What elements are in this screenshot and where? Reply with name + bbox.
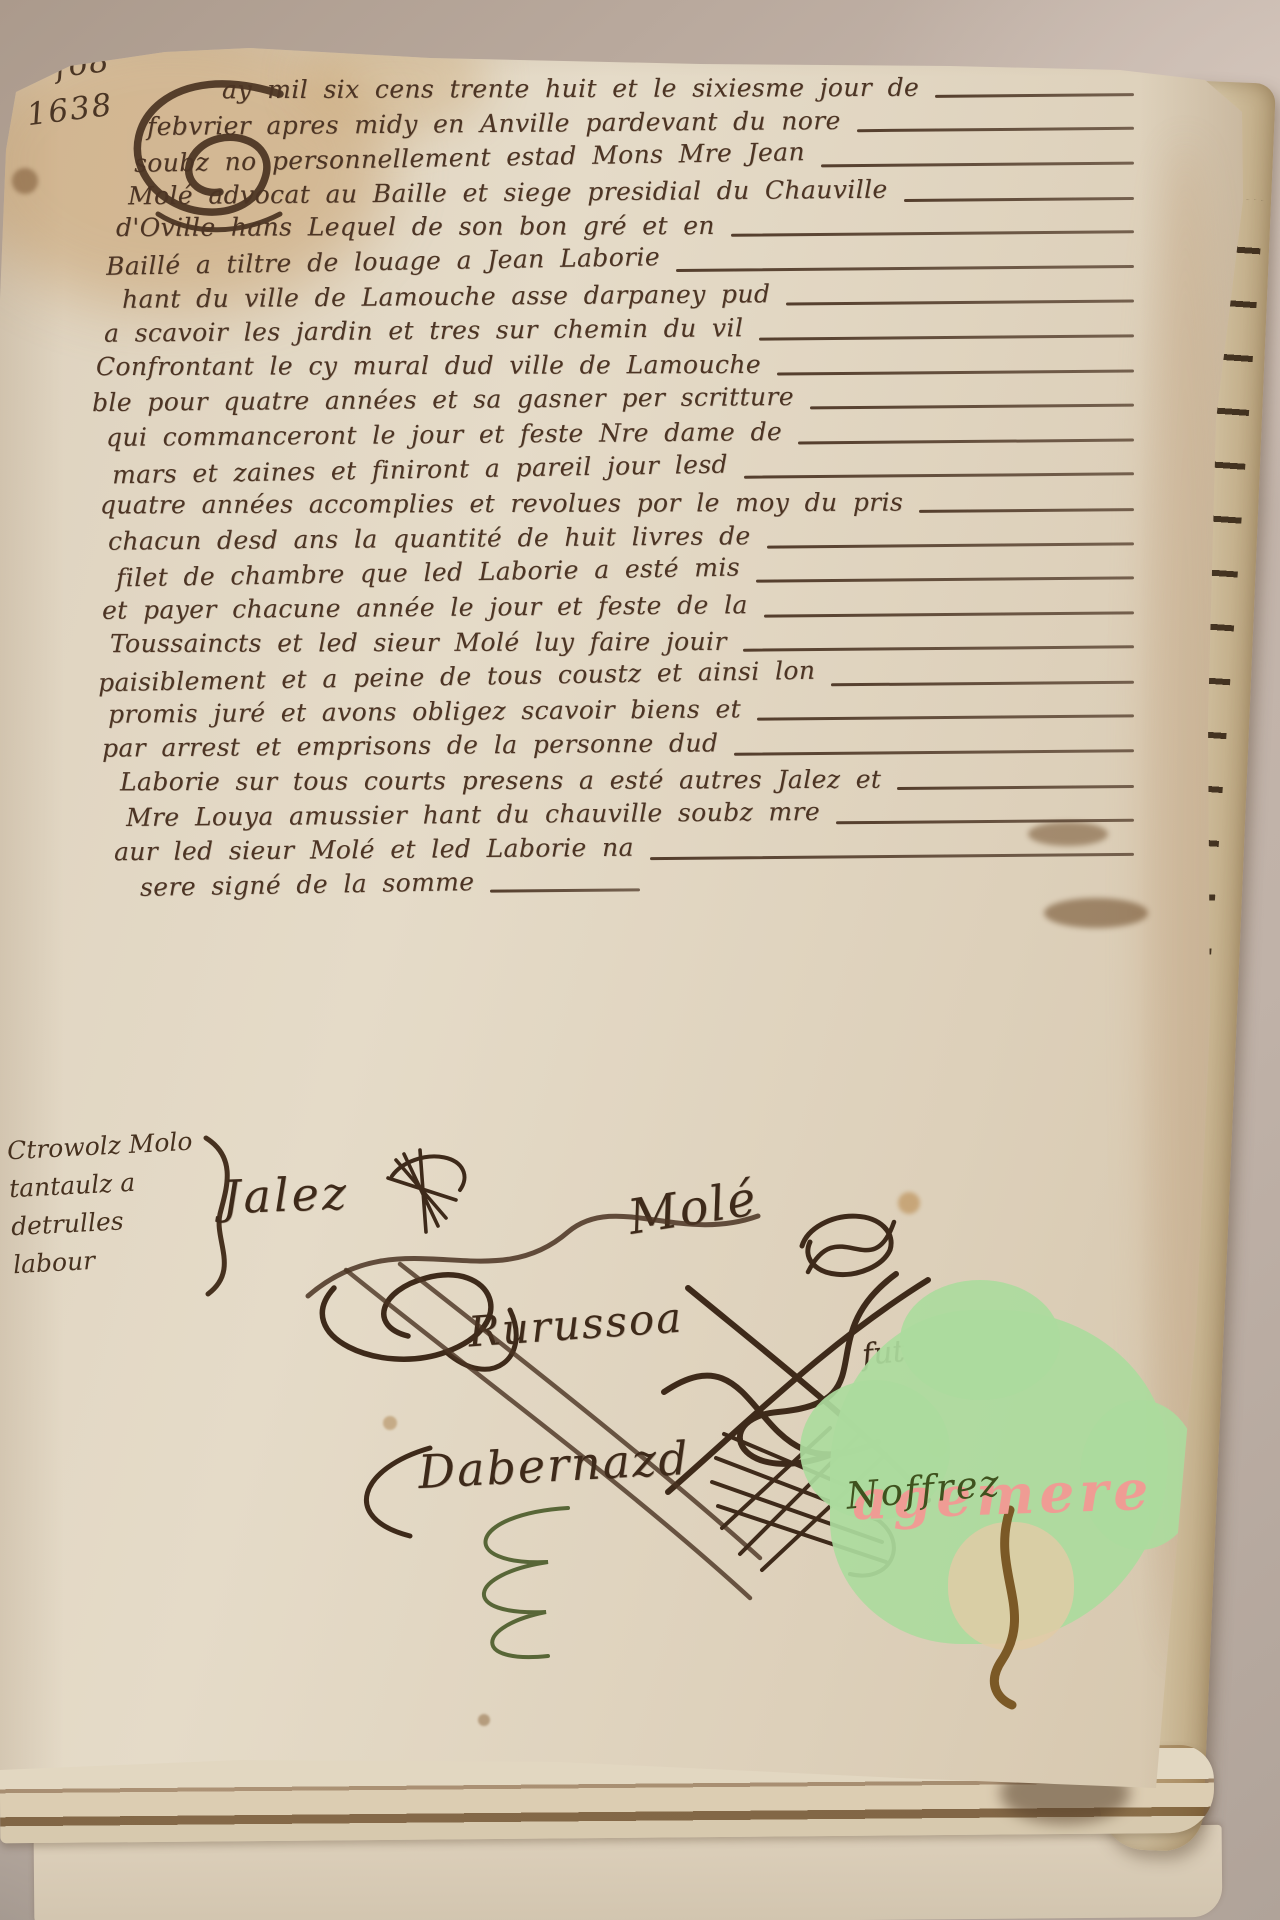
line-end-filler-stroke (764, 611, 1134, 617)
manuscript-line: Confrontant le cy mural dud ville de Lam… (92, 351, 1138, 386)
line-end-filler-stroke (821, 162, 1134, 168)
line-end-filler-stroke (767, 542, 1134, 548)
manuscript-line-text: filet de chambre que led Laborie a esté … (116, 553, 740, 593)
manuscript-line-text: febvrier apres midy en Anville pardevant… (147, 106, 841, 141)
line-end-filler-stroke (786, 300, 1134, 306)
line-end-filler-stroke (757, 715, 1134, 721)
manuscript-line: quatre années accomplies et revolues por… (92, 489, 1138, 524)
manuscript-line: paisiblement et a peine de tous coustz e… (92, 662, 1138, 697)
line-end-filler-stroke (734, 749, 1134, 755)
manuscript-line-text: sere signé de la somme (140, 867, 475, 902)
manuscript-line: hant du ville de Lamouche asse darpaney … (92, 282, 1138, 317)
line-end-filler-stroke (744, 473, 1134, 479)
line-end-filler-stroke (810, 404, 1134, 410)
manuscript-line: aur led sieur Molé et led Laborie na (92, 835, 1138, 870)
line-end-filler-stroke (897, 785, 1134, 790)
line-end-filler-stroke (904, 197, 1134, 202)
manuscript-line: Molé advocat au Baille et siege presidia… (92, 178, 1138, 213)
manuscript-line: Mre Louya amussier hant du chauville sou… (92, 800, 1138, 835)
dabernazd-lead-swash (330, 1428, 440, 1548)
manuscript-line: ble pour quatre années et sa gasner per … (92, 385, 1138, 420)
manuscript-line-text: Laborie sur tous courts presens a esté a… (120, 765, 881, 797)
manuscript-line: par arrest et emprisons de la personne d… (92, 731, 1138, 766)
manuscript-line-text: Molé advocat au Baille et siege presidia… (128, 174, 888, 210)
manuscript-body: ay mil six cens trente huit et le sixies… (92, 74, 1138, 904)
manuscript-line-text: paisiblement et a peine de tous coustz e… (98, 656, 816, 698)
manuscript-line-text: a scavoir les jardin et tres sur chemin … (104, 313, 744, 348)
manuscript-line: ay mil six cens trente huit et le sixies… (92, 74, 1138, 109)
manuscript-line-text: mars et zaines et finiront a pareil jour… (112, 449, 728, 489)
manuscript-line: Toussaincts et led sieur Molé luy faire … (92, 628, 1138, 663)
line-end-filler-stroke (935, 93, 1134, 98)
tree-trunk (940, 1500, 1070, 1715)
line-end-filler-stroke (756, 576, 1134, 582)
line-end-filler-stroke (759, 334, 1134, 340)
manuscript-line-text: hant du ville de Lamouche asse darpaney … (122, 279, 771, 314)
line-end-filler-stroke (731, 230, 1134, 237)
line-end-filler-stroke (490, 889, 640, 893)
manuscript-line-text: aur led sieur Molé et led Laborie na (114, 833, 634, 867)
paper-stain (478, 1714, 490, 1726)
manuscript-line-text: ble pour quatre années et sa gasner per … (92, 382, 794, 417)
manuscript-line-text: par arrest et emprisons de la personne d… (102, 729, 719, 763)
manuscript-line: mars et zaines et finiront a pareil jour… (92, 455, 1138, 490)
manuscript-line-text: promis juré et avons obligez scavoir bie… (108, 694, 741, 729)
manuscript-line-text: quatre années accomplies et revolues por… (100, 488, 903, 520)
manuscript-line: d'Oville hans Lequel de son bon gré et e… (92, 212, 1138, 247)
manuscript-line: filet de chambre que led Laborie a esté … (92, 558, 1138, 593)
aged-paper-page: 6 fo8 1638 ay mil six cens trente huit e… (0, 0, 1280, 1920)
manuscript-line-text: Confrontant le cy mural dud ville de Lam… (96, 350, 761, 381)
manuscript-line: sere signé de la somme (92, 870, 1138, 905)
line-end-filler-stroke (831, 681, 1134, 687)
manuscript-line: et payer chacune année le jour et feste … (92, 593, 1138, 628)
manuscript-line: Laborie sur tous courts presens a esté a… (92, 766, 1138, 801)
manuscript-line-text: Mre Louya amussier hant du chauville sou… (126, 797, 820, 832)
manuscript-photo: 6 fo8 1638 ay mil six cens trente huit e… (0, 0, 1280, 1920)
manuscript-line: soubz no personnellement estad Mons Mre … (92, 143, 1138, 178)
manuscript-line-text: et payer chacune année le jour et feste … (102, 590, 748, 625)
manuscript-line: Baillé a tiltre de louage a Jean Laborie (92, 247, 1138, 282)
manuscript-line: febvrier apres midy en Anville pardevant… (92, 109, 1138, 144)
manuscript-line: promis juré et avons obligez scavoir bie… (92, 697, 1138, 732)
manuscript-line-text: Baillé a tiltre de louage a Jean Laborie (106, 242, 661, 281)
manuscript-line-text: Toussaincts et led sieur Molé luy faire … (110, 626, 727, 657)
watermark-canopy-lobe (900, 1280, 1060, 1400)
manuscript-line-text: ay mil six cens trente huit et le sixies… (222, 73, 919, 104)
paper-stain (12, 168, 38, 194)
manuscript-line: a scavoir les jardin et tres sur chemin … (92, 316, 1138, 351)
line-end-filler-stroke (836, 819, 1134, 825)
manuscript-line: chacun desd ans la quantité de huit livr… (92, 524, 1138, 559)
manuscript-line-text: chacun desd ans la quantité de huit livr… (108, 521, 751, 556)
green-ink-curl-flourish (428, 1496, 588, 1676)
line-end-filler-stroke (676, 265, 1134, 272)
line-end-filler-stroke (650, 853, 1134, 860)
manuscript-line: qui commanceront le jour et feste Nre da… (92, 420, 1138, 455)
manuscript-line-text: qui commanceront le jour et feste Nre da… (106, 417, 782, 452)
line-end-filler-stroke (743, 646, 1134, 652)
line-end-filler-stroke (919, 508, 1134, 513)
manuscript-line-text: d'Oville hans Lequel de son bon gré et e… (116, 211, 715, 242)
line-end-filler-stroke (857, 127, 1134, 132)
manuscript-line-text: soubz no personnellement estad Mons Mre … (134, 137, 805, 178)
line-end-filler-stroke (798, 438, 1134, 444)
line-end-filler-stroke (777, 369, 1134, 375)
